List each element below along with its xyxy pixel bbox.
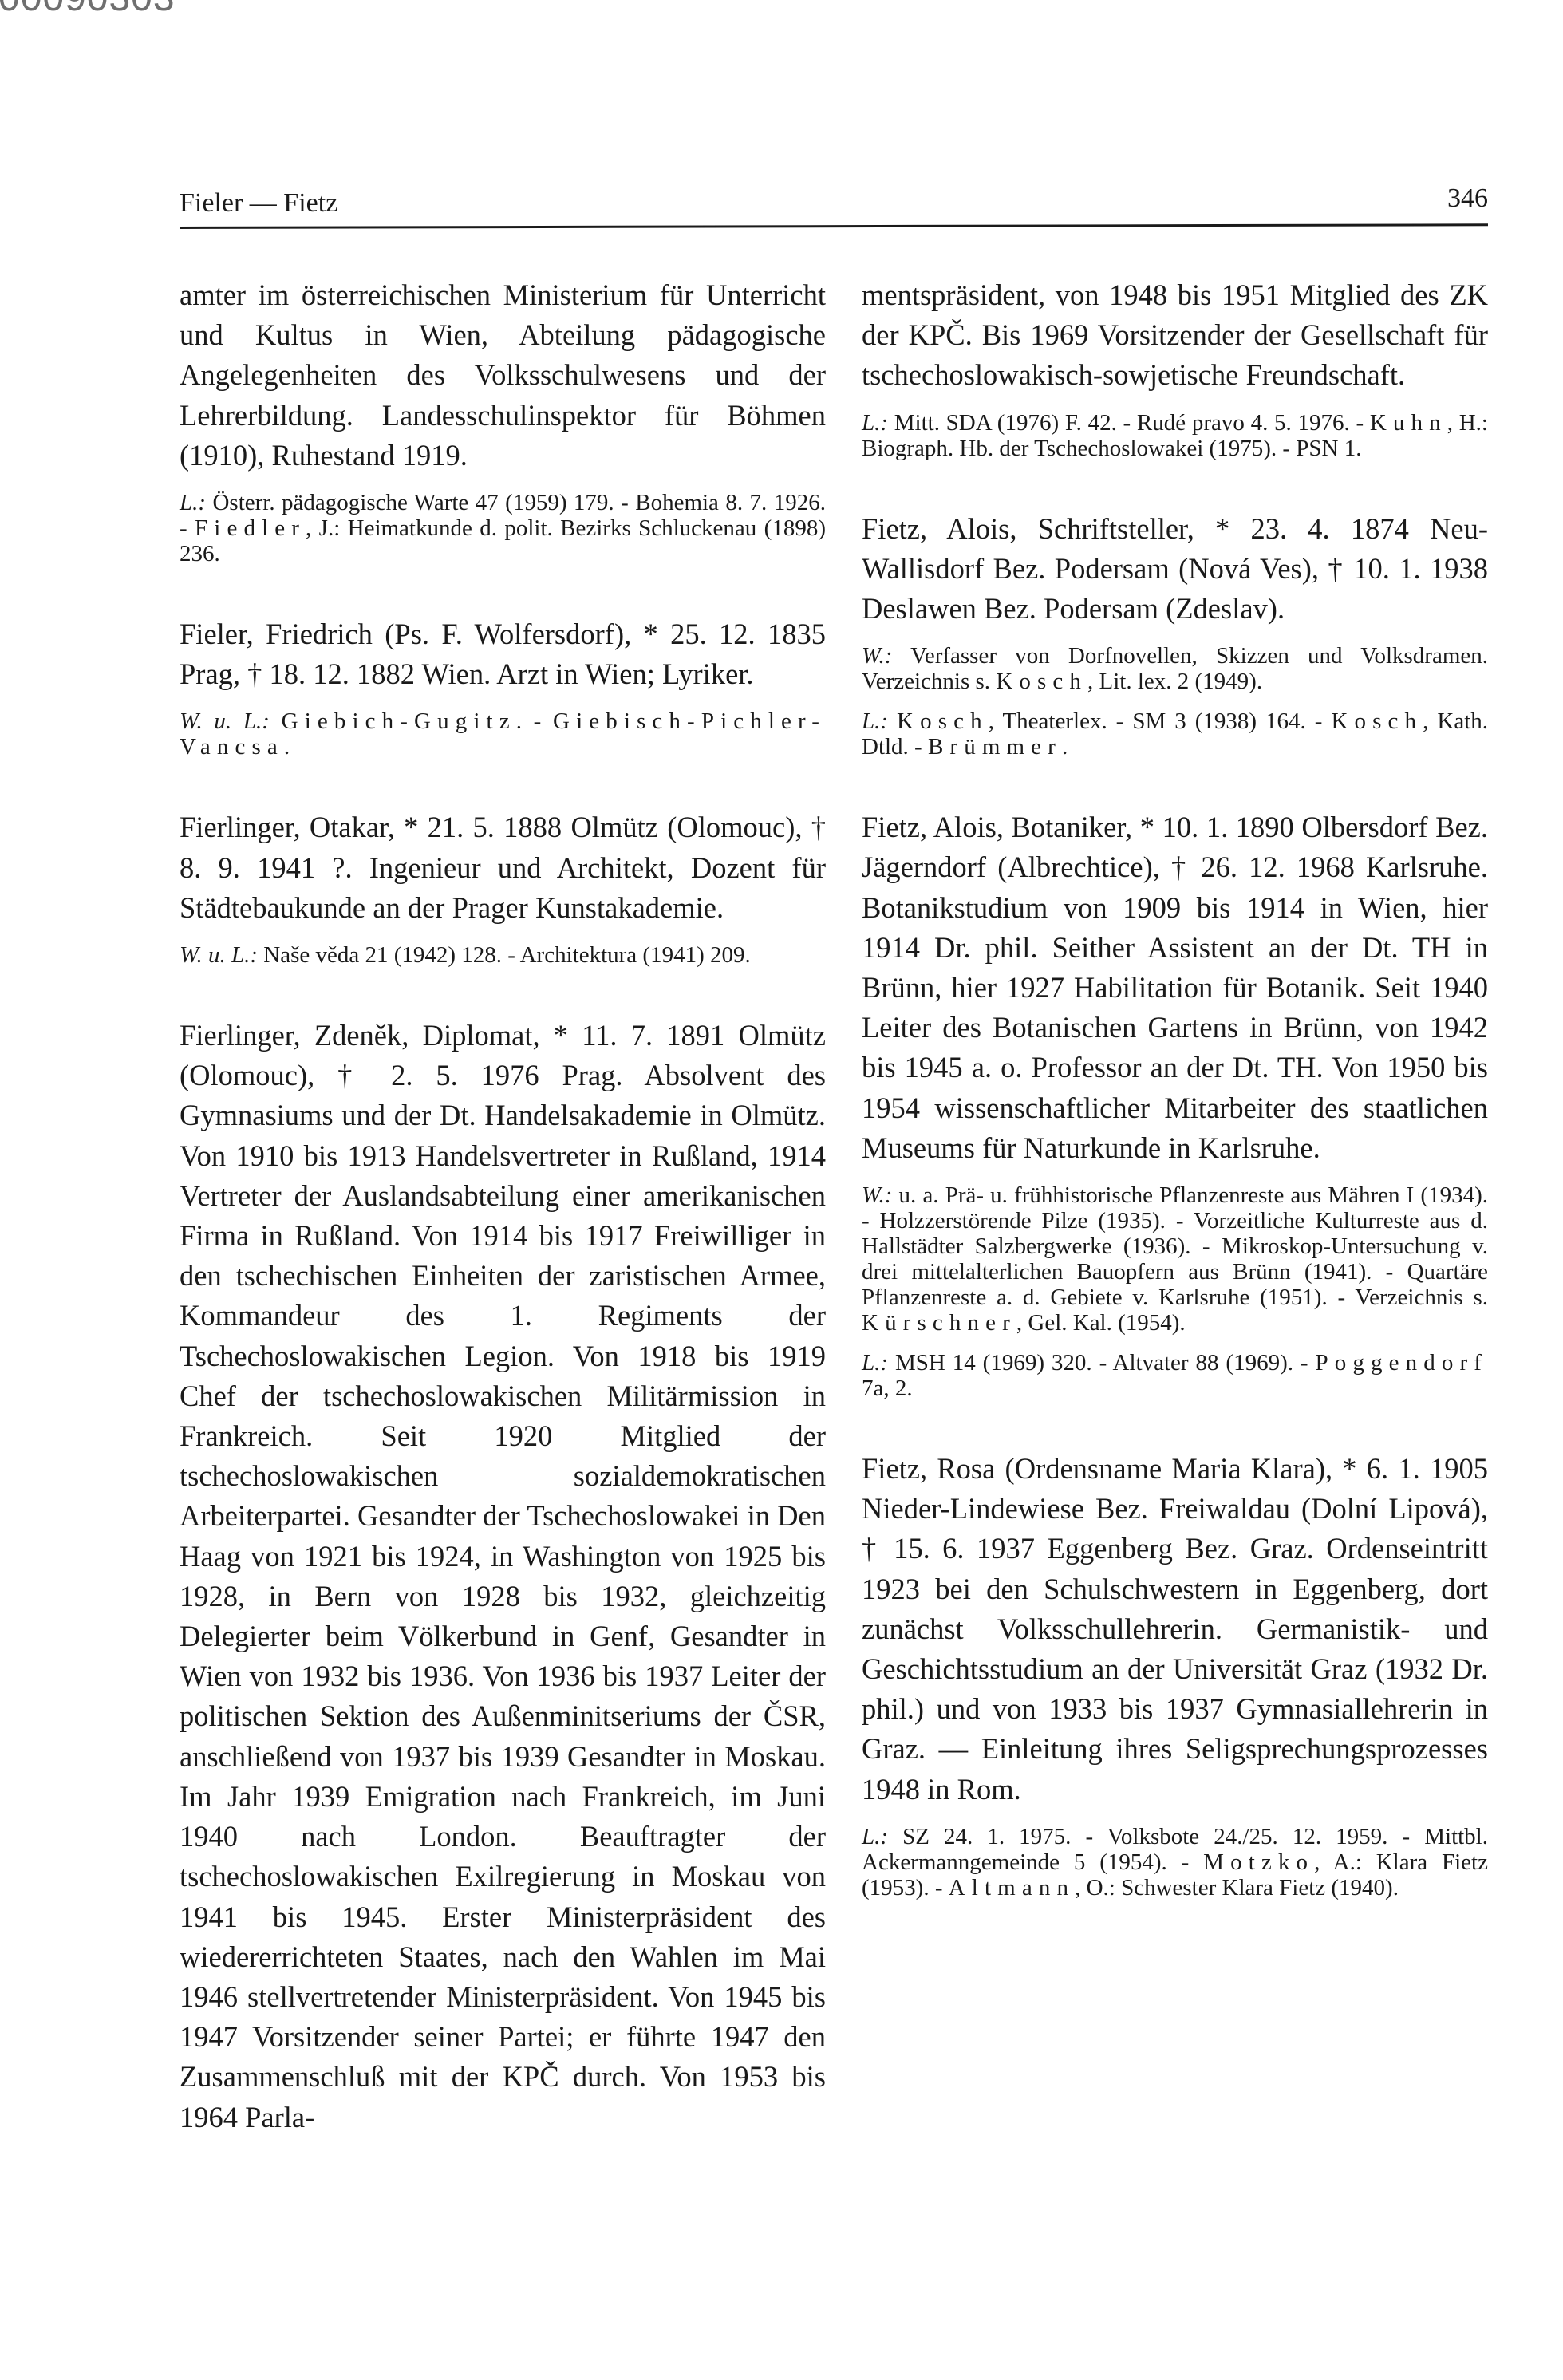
ref-author: Kürschner (862, 1310, 1016, 1336)
works-and-literature: W. u. L.: Giebich-Gugitz. - Giebisch-Pic… (180, 708, 826, 760)
headword: Fieler, (180, 618, 254, 650)
ref-text: Mitt. SDA (1976) F. 42. - Rudé pravo 4. … (888, 410, 1370, 436)
entry-continuation-left: amter im österreichischen Ministerium fü… (180, 275, 826, 566)
ref-author: Motzko (1203, 1849, 1314, 1875)
left-column: amter im österreichischen Ministerium fü… (180, 275, 826, 2137)
entry-fietz-alois-botaniker: Fietz, Alois, Botaniker, * 10. 1. 1890 O… (862, 807, 1488, 1401)
literature-references: L.: Kosch, Theaterlex. - SM 3 (1938) 164… (862, 708, 1488, 760)
ref-text: , Lit. lex. 2 (1949). (1087, 669, 1262, 694)
literature-references: L.: SZ 24. 1. 1975. - Volksbote 24./25. … (862, 1824, 1488, 1900)
ref-author: Kosch (1331, 708, 1423, 734)
ref-label: L.: (862, 410, 888, 436)
entry-text: Friedrich (Ps. F. Wolfersdorf), * 25. 12… (180, 618, 826, 690)
entry-fierlinger-otakar: Fierlinger, Otakar, * 21. 5. 1888 Olmütz… (180, 807, 826, 968)
headword: Fietz, (862, 1452, 927, 1485)
headword: Fietz, (862, 811, 927, 843)
ref-text: MSH 14 (1969) 320. - Altvater 88 (1969).… (888, 1350, 1315, 1376)
ref-text: . (284, 734, 290, 760)
entry-body: Fierlinger, Zdeněk, Diplomat, * 11. 7. 1… (180, 1016, 826, 2137)
entry-fierlinger-zdenek: Fierlinger, Zdeněk, Diplomat, * 11. 7. 1… (180, 1016, 826, 2137)
entry-continuation-right: mentspräsident, von 1948 bis 1951 Mitgli… (862, 275, 1488, 461)
entry-body: Fietz, Alois, Schriftsteller, * 23. 4. 1… (862, 509, 1488, 630)
entry-body: Fierlinger, Otakar, * 21. 5. 1888 Olmütz… (180, 807, 826, 928)
ref-author: Brümmer (928, 734, 1062, 760)
works-label: W.: (862, 1182, 892, 1208)
ref-text: Naše věda 21 (1942) 128. - Architektura … (258, 942, 751, 968)
ref-author: Kuhn (1370, 410, 1447, 436)
works-list: W.: Verfasser von Dorfnovellen, Skizzen … (862, 643, 1488, 694)
ref-label: L.: (862, 708, 888, 734)
entry-fietz-alois-schriftsteller: Fietz, Alois, Schriftsteller, * 23. 4. 1… (862, 509, 1488, 760)
headword: Fietz, (862, 512, 927, 545)
entry-body: amter im österreichischen Ministerium fü… (180, 275, 826, 476)
works-label: W.: (862, 643, 892, 669)
entry-text: Alois, Schriftsteller, * 23. 4. 1874 Neu… (862, 512, 1488, 625)
literature-references: L.: Mitt. SDA (1976) F. 42. - Rudé pravo… (862, 410, 1488, 461)
ref-text: , O.: Schwester Klara Fietz (1940). (1075, 1875, 1399, 1900)
ref-label: W. u. L.: (180, 708, 270, 734)
ref-text: . (1062, 734, 1068, 760)
entry-fieler-friedrich: Fieler, Friedrich (Ps. F. Wolfersdorf), … (180, 614, 826, 760)
page-number: 346 (1447, 184, 1488, 214)
ref-author: Poggendorf (1315, 1350, 1488, 1376)
entry-body: Fieler, Friedrich (Ps. F. Wolfersdorf), … (180, 614, 826, 694)
entry-fietz-rosa: Fietz, Rosa (Ordensname Maria Klara), * … (862, 1449, 1488, 1900)
entry-text: Zdeněk, Diplomat, * 11. 7. 1891 Olmütz (… (180, 1019, 826, 2133)
ref-label: L.: (862, 1350, 888, 1376)
literature-references: L.: MSH 14 (1969) 320. - Altvater 88 (19… (862, 1350, 1488, 1401)
ref-text: 7a, 2. (862, 1376, 913, 1401)
ref-label: L.: (180, 490, 206, 515)
ref-label: L.: (862, 1824, 888, 1849)
entry-text: Rosa (Ordensname Maria Klara), * 6. 1. 1… (862, 1452, 1488, 1806)
ref-author: Kosch (996, 669, 1087, 694)
entry-body: mentspräsident, von 1948 bis 1951 Mitgli… (862, 275, 1488, 396)
ref-text (888, 708, 897, 734)
entry-text: Alois, Botaniker, * 10. 1. 1890 Olbersdo… (862, 811, 1488, 1164)
scan-id-watermark: 00090303 (0, 0, 176, 20)
entry-body: Fietz, Alois, Botaniker, * 10. 1. 1890 O… (862, 807, 1488, 1168)
headword: Fierlinger, (180, 1019, 301, 1052)
ref-text: , Theaterlex. - SM 3 (1938) 164. - (989, 708, 1332, 734)
ref-text: u. a. Prä- u. frühhistorische Pflanzenre… (862, 1182, 1488, 1310)
running-head-title: Fieler — Fietz (180, 188, 337, 219)
right-column: mentspräsident, von 1948 bis 1951 Mitgli… (862, 275, 1488, 1900)
literature-references: L.: Österr. pädagogische Warte 47 (1959)… (180, 490, 826, 566)
headword: Fierlinger, (180, 811, 301, 843)
works-and-literature: W. u. L.: Naše věda 21 (1942) 128. - Arc… (180, 942, 826, 968)
ref-author: Fiedler (195, 515, 306, 541)
ref-label: W. u. L.: (180, 942, 258, 968)
entry-body: Fietz, Rosa (Ordensname Maria Klara), * … (862, 1449, 1488, 1810)
ref-author: Altmann (949, 1875, 1075, 1900)
ref-text: . - (516, 708, 553, 734)
ref-author: Kosch (897, 708, 989, 734)
ref-text: , Gel. Kal. (1954). (1016, 1310, 1186, 1336)
works-list: W.: u. a. Prä- u. frühhistorische Pflanz… (862, 1182, 1488, 1336)
ref-author: Giebich-Gugitz (282, 708, 516, 734)
